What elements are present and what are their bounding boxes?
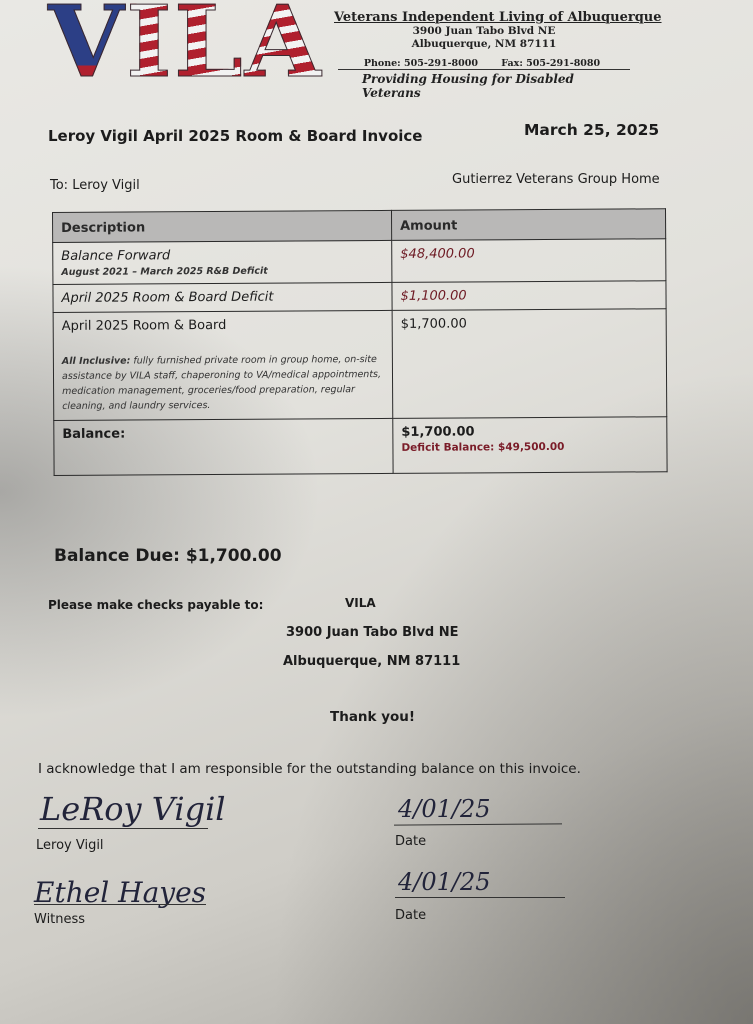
row-amount: $1,700.00 [392, 309, 667, 419]
row-description: April 2025 Room & Board Deficit [53, 282, 392, 312]
payee-name: VILA [345, 596, 376, 610]
org-address-line2: Albuquerque, NM 87111 [334, 38, 634, 51]
row-description: Balance Forward August 2021 – March 2025… [53, 240, 392, 284]
org-fax: Fax: 505-291-8080 [501, 58, 600, 69]
balance-cell: $1,700.00 Deficit Balance: $49,500.00 [393, 417, 667, 474]
invoice-title: Leroy Vigil April 2025 Room & Board Invo… [48, 127, 422, 145]
payee-address-line1: 3900 Juan Tabo Blvd NE [286, 625, 459, 640]
header-amount: Amount [391, 209, 665, 241]
logo-letter-v: V [48, 0, 126, 100]
org-name: Veterans Independent Living of Albuquerq… [334, 10, 634, 25]
signer-signature: LeRoy Vigil [40, 790, 226, 828]
row-details: All Inclusive: fully furnished private r… [62, 352, 384, 414]
invoice-recipient: To: Leroy Vigil [50, 178, 140, 193]
witness-date-line [395, 897, 565, 898]
letterhead-info: Veterans Independent Living of Albuquerq… [334, 10, 634, 100]
payable-label: Please make checks payable to: [48, 598, 263, 612]
logo-letters-ila: ILA [126, 0, 323, 100]
row-amount: $1,100.00 [392, 281, 666, 311]
invoice-date: March 25, 2025 [524, 121, 659, 139]
signer-label: Leroy Vigil [36, 838, 104, 853]
witness-label: Witness [34, 912, 85, 927]
table-row: April 2025 Room & Board Deficit $1,100.0… [53, 281, 666, 313]
table-row: Balance Forward August 2021 – March 2025… [53, 239, 666, 285]
balance-label: Balance: [54, 418, 393, 475]
balance-row: Balance: $1,700.00 Deficit Balance: $49,… [54, 417, 667, 476]
details-label: All Inclusive: [62, 356, 131, 367]
row-description: April 2025 Room & Board All Inclusive: f… [53, 310, 393, 420]
acknowledgement-statement: I acknowledge that I am responsible for … [38, 761, 581, 777]
payee-address-line2: Albuquerque, NM 87111 [283, 654, 460, 669]
org-contact: Phone: 505-291-8000 Fax: 505-291-8080 [338, 58, 630, 70]
invoice-location: Gutierrez Veterans Group Home [452, 172, 660, 187]
paper-shadow [0, 0, 753, 1024]
row-title: Balance Forward [61, 247, 383, 264]
signer-date-line [394, 823, 562, 825]
signer-date: 4/01/25 [398, 795, 491, 823]
org-tagline: Providing Housing for Disabled Veterans [334, 72, 634, 100]
balance-amount: $1,700.00 [401, 423, 658, 440]
witness-date-label: Date [395, 908, 426, 923]
witness-signature-line [34, 904, 206, 905]
row-subtitle: August 2021 – March 2025 R&B Deficit [61, 265, 383, 278]
table-row: April 2025 Room & Board All Inclusive: f… [53, 309, 667, 421]
balance-due: Balance Due: $1,700.00 [54, 546, 282, 566]
row-amount: $48,400.00 [392, 239, 666, 283]
signer-signature-line [38, 828, 208, 829]
invoice-table: Description Amount Balance Forward Augus… [52, 208, 668, 476]
row-title: April 2025 Room & Board [62, 317, 384, 334]
table-header-row: Description Amount [53, 209, 666, 243]
org-address-line1: 3900 Juan Tabo Blvd NE [334, 25, 634, 38]
signer-date-label: Date [395, 834, 426, 849]
header-description: Description [53, 210, 392, 242]
witness-date: 4/01/25 [398, 868, 491, 896]
vila-logo: VILA [48, 0, 323, 92]
thank-you: Thank you! [330, 709, 415, 725]
org-phone: Phone: 505-291-8000 [364, 58, 478, 69]
deficit-balance: Deficit Balance: $49,500.00 [401, 440, 658, 454]
